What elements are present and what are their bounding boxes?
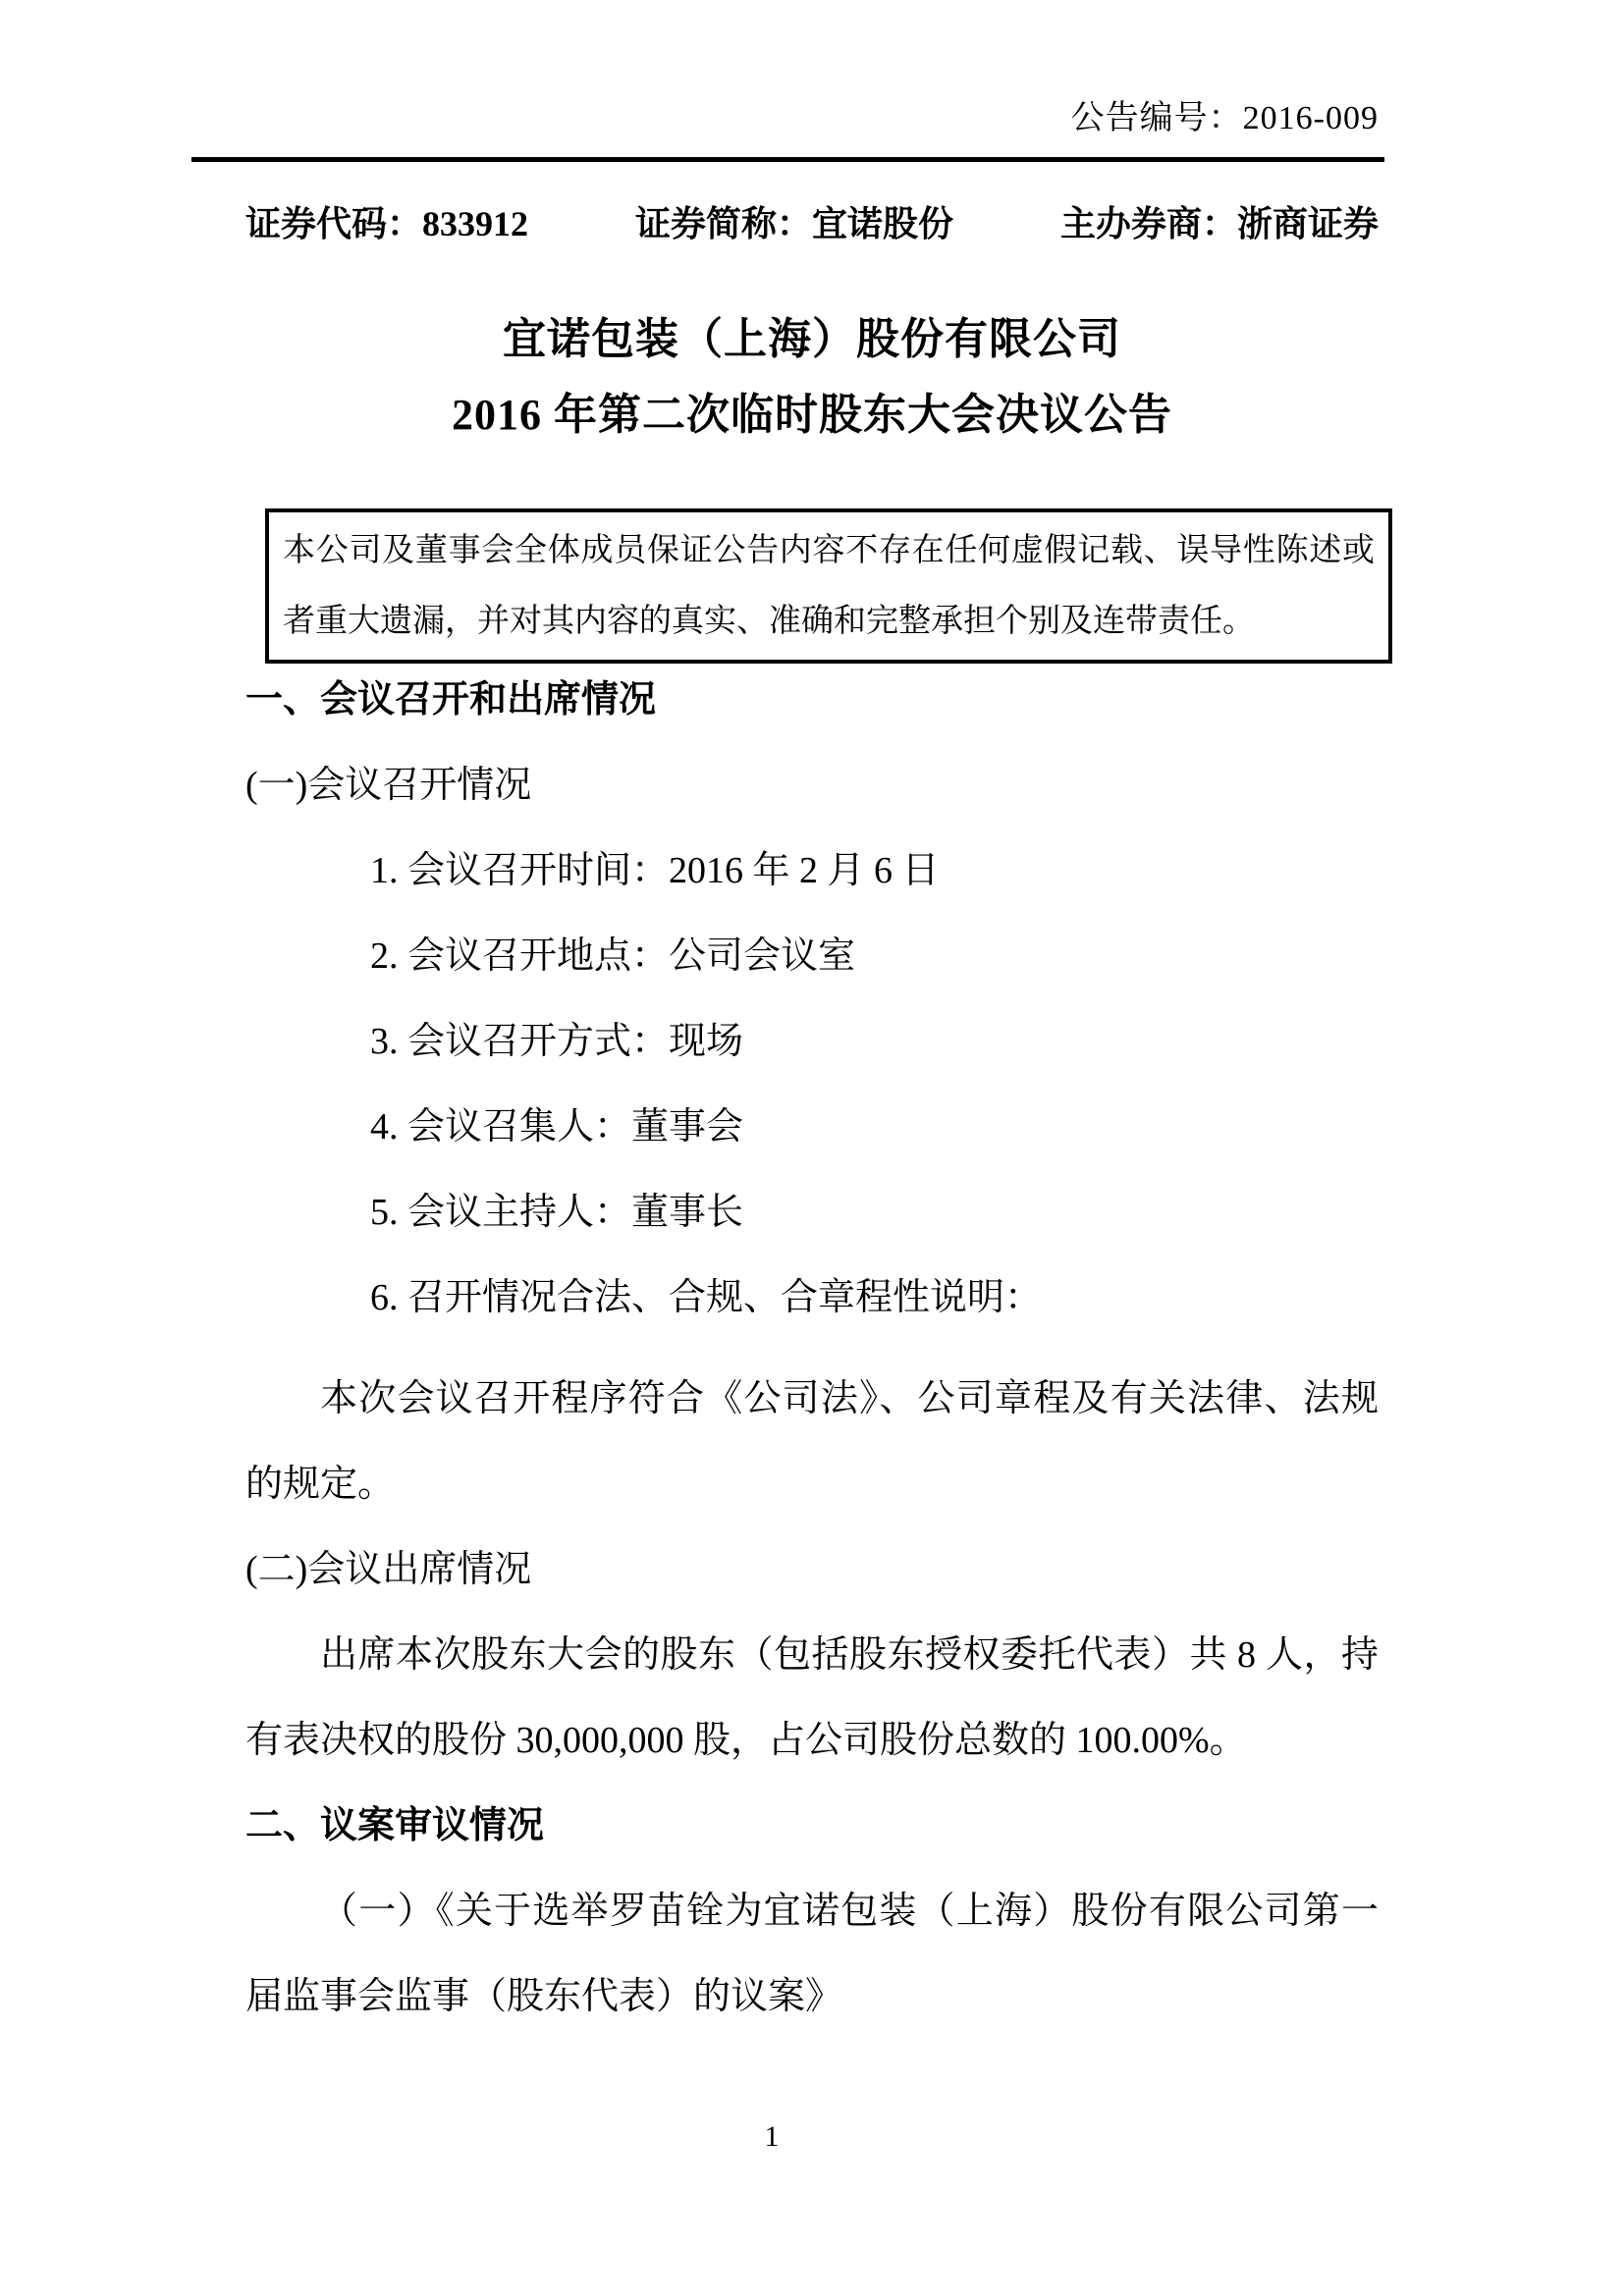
- subsection-1-2-title: (二)会议出席情况: [245, 1527, 1379, 1613]
- document-body: 一、会议召开和出席情况(一)会议召开情况1. 会议召开时间：2016 年 2 月…: [245, 658, 1379, 2040]
- meeting-convener-item: 4. 会议召集人：董事会: [245, 1085, 1379, 1170]
- meeting-time-item: 1. 会议召开时间：2016 年 2 月 6 日: [245, 828, 1379, 914]
- legality-paragraph: 本次会议召开程序符合《公司法》、公司章程及有关法律、法规的规定。: [245, 1357, 1379, 1527]
- company-name-title: 宜诺包装（上海）股份有限公司: [245, 318, 1379, 361]
- document-page: 公告编号：2016-009 证券代码：833912 证券简称：宜诺股份 主办券商…: [0, 0, 1624, 2296]
- section-2-heading: 二、议案审议情况: [245, 1784, 1379, 1869]
- securities-code: 证券代码：833912: [245, 205, 528, 242]
- section-1-heading: 一、会议召开和出席情况: [245, 658, 1379, 743]
- attendance-paragraph: 出席本次股东大会的股东（包括股东授权委托代表）共 8 人，持有表决权的股份 30…: [245, 1613, 1379, 1784]
- legality-note-item: 6. 召开情况合法、合规、合章程性说明：: [245, 1255, 1379, 1341]
- document-content: 公告编号：2016-009 证券代码：833912 证券简称：宜诺股份 主办券商…: [0, 0, 1624, 2040]
- securities-info-row: 证券代码：833912 证券简称：宜诺股份 主办券商：浙商证券: [245, 205, 1379, 242]
- proposal-1-paragraph: （一）《关于选举罗苗铨为宜诺包装（上海）股份有限公司第一届监事会监事（股东代表）…: [245, 1869, 1379, 2040]
- meeting-method-item: 3. 会议召开方式：现场: [245, 999, 1379, 1085]
- subsection-1-1-title: (一)会议召开情况: [245, 743, 1379, 828]
- securities-short-name: 证券简称：宜诺股份: [635, 205, 953, 242]
- disclaimer-text: 本公司及董事会全体成员保证公告内容不存在任何虚假记载、误导性陈述或者重大遗漏，并…: [283, 515, 1375, 657]
- meeting-place-item: 2. 会议召开地点：公司会议室: [245, 914, 1379, 999]
- announcement-title: 2016 年第二次临时股东大会决议公告: [245, 394, 1379, 437]
- disclaimer-box: 本公司及董事会全体成员保证公告内容不存在任何虚假记载、误导性陈述或者重大遗漏，并…: [265, 508, 1392, 664]
- meeting-chair-item: 5. 会议主持人：董事长: [245, 1170, 1379, 1255]
- page-number: 1: [0, 2122, 1543, 2152]
- header-divider-rule: [191, 157, 1384, 162]
- sponsor-broker: 主办券商：浙商证券: [1060, 205, 1379, 242]
- announcement-number: 公告编号：2016-009: [245, 0, 1379, 135]
